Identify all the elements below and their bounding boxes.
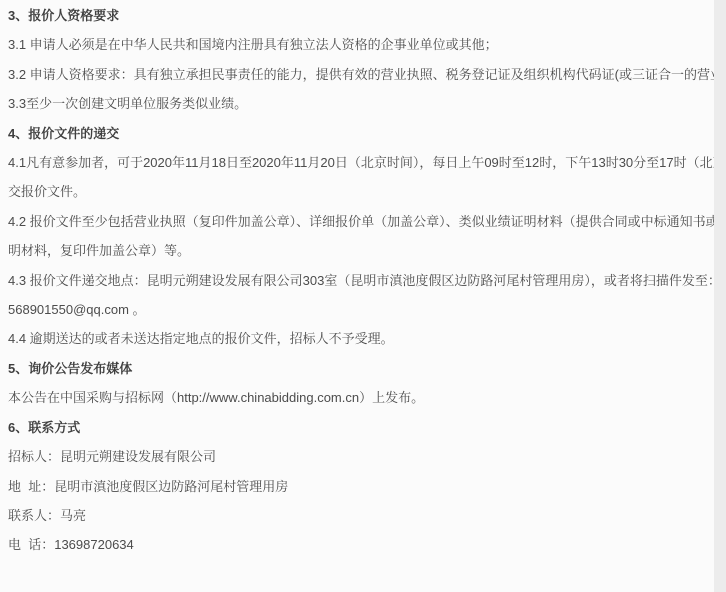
notice-content: 3、报价人资格要求 3.1 申请人必须是在中华人民共和国境内注册具有独立法人资格… (8, 1, 714, 560)
right-gutter (714, 0, 726, 592)
clause-4-2: 4.2 报价文件至少包括营业执照（复印件加盖公章）、详细报价单（加盖公章）、类似… (8, 207, 714, 266)
section-6-heading: 6、联系方式 (8, 413, 714, 442)
section-4-heading: 4、报价文件的递交 (8, 119, 714, 148)
clause-3-1: 3.1 申请人必须是在中华人民共和国境内注册具有独立法人资格的企事业单位或其他； (8, 30, 714, 59)
clause-3-3: 3.3至少一次创建文明单位服务类似业绩。 (8, 89, 714, 118)
clause-4-1: 4.1凡有意参加者，可于2020年11月18日至2020年11月20日（北京时间… (8, 148, 714, 207)
notice-page: 3、报价人资格要求 3.1 申请人必须是在中华人民共和国境内注册具有独立法人资格… (0, 0, 726, 592)
section-3-heading: 3、报价人资格要求 (8, 1, 714, 30)
clause-5-media: 本公告在中国采购与招标网（http://www.chinabidding.com… (8, 383, 714, 412)
contact-phone-line: 电 话：13698720634 (8, 530, 714, 559)
clause-4-3: 4.3 报价文件递交地点：昆明元朔建设发展有限公司303室（昆明市滇池度假区边防… (8, 266, 714, 325)
contact-address-line: 地 址：昆明市滇池度假区边防路河尾村管理用房 (8, 472, 714, 501)
section-5-heading: 5、询价公告发布媒体 (8, 354, 714, 383)
contact-bidder-line: 招标人：昆明元朔建设发展有限公司 (8, 442, 714, 471)
clause-4-4: 4.4 逾期送达的或者未送达指定地点的报价文件，招标人不予受理。 (8, 324, 714, 353)
contact-person-line: 联系人：马亮 (8, 501, 714, 530)
clause-3-2: 3.2 申请人资格要求：具有独立承担民事责任的能力，提供有效的营业执照、税务登记… (8, 60, 714, 89)
